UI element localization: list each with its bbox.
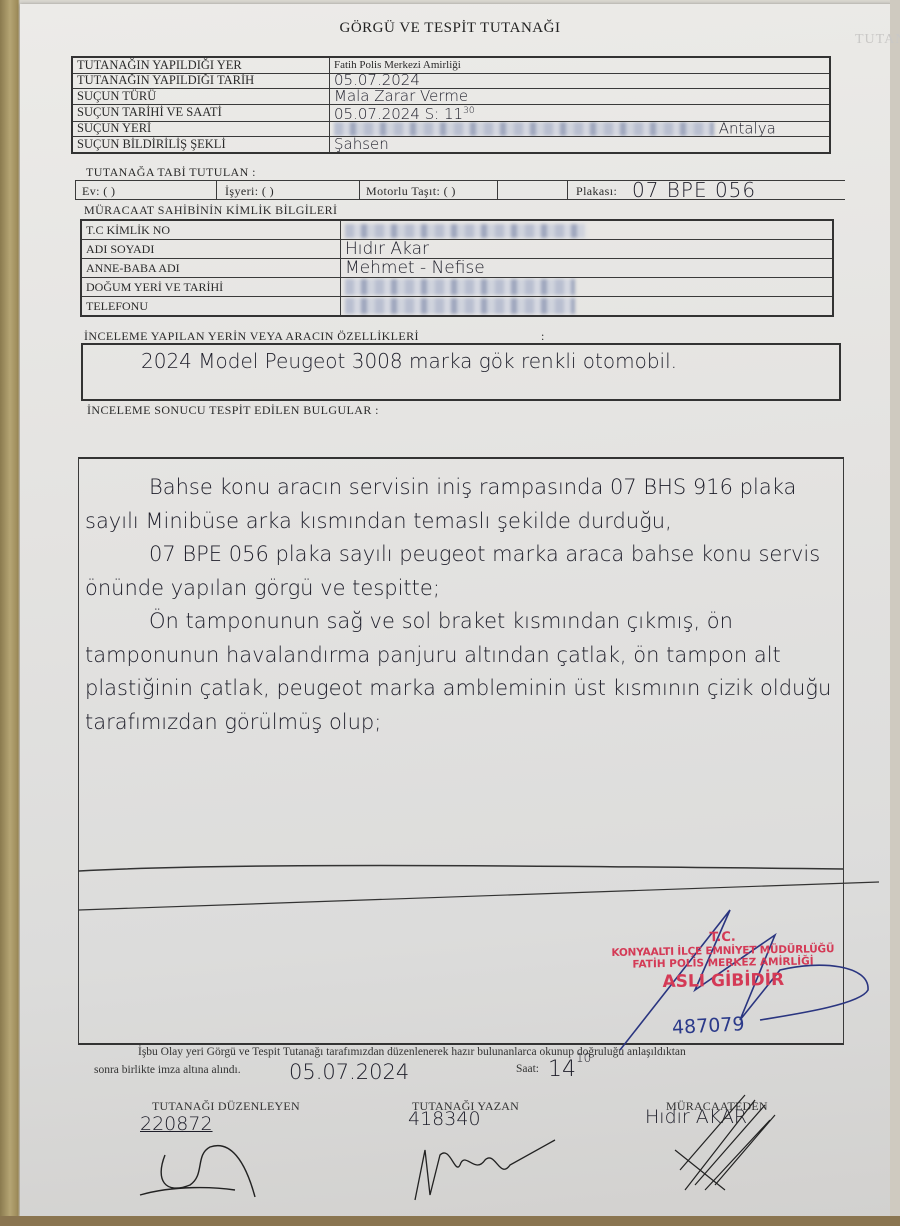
- row-label: T.C KİMLİK NO: [81, 220, 341, 240]
- ozellikler-box: 2024 Model Peugeot 3008 marka gök renkli…: [81, 343, 841, 401]
- row-value: Mala Zarar Verme: [330, 89, 831, 105]
- findings-text: Bahse konu aracın servisin iniş rampasın…: [85, 471, 839, 739]
- table-row: TELEFONU: [81, 297, 833, 317]
- row-label: ADI SOYADI: [81, 240, 341, 259]
- table-row: SUÇUN TARİHİ VE SAATİ 05.07.2024 S: 1130: [72, 104, 830, 121]
- signing-hour: 14: [548, 1057, 576, 1082]
- row-value: [341, 297, 834, 317]
- isyeri-field: İşyeri: ( ): [225, 184, 274, 199]
- finding-paragraph: Bahse konu aracın servisin iniş rampasın…: [85, 471, 839, 538]
- row-value: [341, 278, 834, 297]
- header-table: TUTANAĞIN YAPILDIĞI YER Fatih Polis Merk…: [71, 56, 831, 154]
- ozellikler-section-label: İNCELEME YAPILAN YERİN VEYA ARACIN ÖZELL…: [84, 329, 419, 344]
- saat-label: Saat:: [516, 1063, 539, 1075]
- redacted-tc-no: [345, 224, 585, 238]
- signature-yazan: [405, 1135, 565, 1205]
- table-row: TUTANAĞIN YAPILDIĞI TARİH 05.07.2024: [72, 73, 830, 89]
- closing-line: [79, 863, 843, 873]
- sig-label-duzenleyen: TUTANAĞI DÜZENLEYEN: [152, 1099, 300, 1114]
- table-row: T.C KİMLİK NO: [81, 220, 833, 240]
- row-label: SUÇUN TARİHİ VE SAATİ: [72, 104, 330, 121]
- divider: [359, 180, 360, 199]
- row-label: TELEFONU: [81, 297, 341, 317]
- stamp-number: 487079: [671, 1013, 745, 1039]
- kimlik-table: T.C KİMLİK NO ADI SOYADI Hıdır Akar ANNE…: [80, 219, 834, 317]
- duzenleyen-id: 220872: [140, 1113, 213, 1135]
- row-value: Antalya: [330, 121, 831, 137]
- row-value: Hıdır Akar: [341, 240, 834, 259]
- certification-text: İşbu Olay yeri Görgü ve Tespit Tutanağı …: [94, 1043, 874, 1079]
- divider: [75, 180, 76, 199]
- row-label: ANNE-BABA ADI: [81, 259, 341, 278]
- yazan-id: 418340: [408, 1108, 481, 1130]
- divider: [216, 180, 217, 199]
- row-label: SUÇUN TÜRÜ: [72, 89, 330, 105]
- row-label: TUTANAĞIN YAPILDIĞI YER: [72, 57, 330, 73]
- table-row: SUÇUN YERİ Antalya: [72, 121, 830, 137]
- document-title: GÖRGÜ VE TESPİT TUTANAĞI: [0, 20, 900, 37]
- colon: :: [541, 329, 545, 344]
- kimlik-section-label: MÜRACAAT SAHİBİNİN KİMLİK BİLGİLERİ: [84, 203, 337, 218]
- row-value: 05.07.2024: [330, 73, 831, 89]
- table-row: SUÇUN TÜRÜ Mala Zarar Verme: [72, 89, 830, 105]
- motorlu-tasit-field: Motorlu Taşıt: ( ): [366, 184, 456, 199]
- divider: [567, 180, 568, 199]
- bulgular-section-label: İNCELEME SONUCU TESPİT EDİLEN BULGULAR :: [87, 403, 379, 418]
- redacted-address: [334, 122, 714, 136]
- table-surface: [0, 1216, 900, 1226]
- vehicle-description: 2024 Model Peugeot 3008 marka gök renkli…: [89, 349, 833, 373]
- official-stamp: T.C. KONYAALTI İLÇE EMNİYET MÜDÜRLÜĞÜ FA…: [607, 928, 838, 993]
- row-value: Mehmet - Nefise: [341, 259, 834, 278]
- finding-paragraph: 07 BPE 056 plaka sayılı peugeot marka ar…: [85, 538, 839, 605]
- row-label: DOĞUM YERİ VE TARİHİ: [81, 278, 341, 297]
- table-row: ANNE-BABA ADI Mehmet - Nefise: [81, 259, 833, 278]
- table-row: TUTANAĞIN YAPILDIĞI YER Fatih Polis Merk…: [72, 57, 830, 73]
- table-row: DOĞUM YERİ VE TARİHİ: [81, 278, 833, 297]
- ev-field: Ev: ( ): [82, 184, 115, 199]
- crime-datetime: 05.07.2024 S: 11: [334, 105, 463, 122]
- row-label: TUTANAĞIN YAPILDIĞI TARİH: [72, 73, 330, 89]
- divider: [497, 180, 498, 199]
- signing-time: 1410: [548, 1057, 591, 1082]
- redacted-birth-info: [345, 279, 575, 295]
- stamp-line: ASLI GİBİDİR: [608, 969, 838, 993]
- crime-minutes: 30: [463, 106, 474, 116]
- row-label: SUÇUN BİLDİRİLİŞ ŞEKLİ: [72, 137, 330, 153]
- signature-muracaat: [665, 1090, 785, 1200]
- plaka-value: 07 BPE 056: [632, 178, 756, 202]
- signature-duzenleyen: [135, 1135, 295, 1205]
- row-value: Fatih Polis Merkezi Amirliği: [330, 57, 831, 73]
- tabi-tutulan-label: TUTANAĞA TABİ TUTULAN :: [86, 165, 256, 180]
- plaka-label: Plakası:: [576, 184, 617, 199]
- certification-line: sonra birlikte imza altına alındı.: [94, 1061, 874, 1079]
- certification-line: İşbu Olay yeri Görgü ve Tespit Tutanağı …: [94, 1043, 874, 1061]
- paper-edge: [890, 0, 900, 1226]
- signing-date: 05.07.2024: [289, 1060, 409, 1084]
- crime-city: Antalya: [719, 121, 776, 137]
- row-label: SUÇUN YERİ: [72, 121, 330, 137]
- table-row: SUÇUN BİLDİRİLİŞ ŞEKLİ Şahsen: [72, 137, 830, 153]
- redacted-phone: [345, 298, 575, 314]
- signing-minute: 10: [576, 1051, 591, 1065]
- row-value: Şahsen: [330, 137, 831, 153]
- table-row: ADI SOYADI Hıdır Akar: [81, 240, 833, 259]
- row-value: [341, 220, 834, 240]
- finding-paragraph: Ön tamponunun sağ ve sol braket kısmında…: [85, 605, 839, 739]
- row-value: 05.07.2024 S: 1130: [330, 104, 831, 121]
